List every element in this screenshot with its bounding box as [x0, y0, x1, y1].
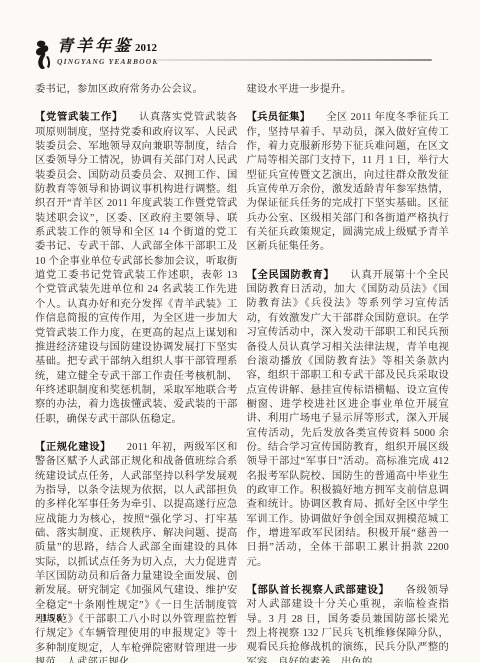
paragraph: 委书记，参加区政府常务办公会议。 — [35, 83, 238, 97]
paragraph: 【部队首长视察人武部建设】各级领导对人武部建设十分关心重视，亲临检查指导。3 月… — [247, 584, 450, 663]
logo-title-row: 青羊年鉴 2012 — [57, 39, 159, 55]
yearbook-page: 青羊年鉴 2012 QINGYANG YEARBOOK 委书记，参加区政府常务办… — [0, 0, 480, 663]
paragraph-text: 建设水平进一步提升。 — [247, 84, 352, 95]
section-heading: 【正规化建设】 — [35, 442, 111, 453]
paragraph-text: 2011 年初，两级军区和警备区赋予人武部正规化和战备值班综合系统建设试点任务，… — [35, 442, 238, 663]
logo-subtitle: QINGYANG YEARBOOK — [57, 58, 159, 66]
paragraph-text: 全区 2011 年度冬季征兵工作，坚持早着手、早动员，深入做好宣传工作，着力克服… — [247, 112, 450, 252]
section-heading: 【部队首长视察人武部建设】 — [247, 585, 390, 596]
paragraph-text: 委书记，参加区政府常务办公会议。 — [35, 84, 203, 95]
logo-year: 2012 — [135, 43, 157, 54]
yearbook-masthead: 青羊年鉴 2012 QINGYANG YEARBOOK — [33, 39, 159, 71]
page-number: ·158· — [37, 613, 69, 624]
paragraph-text: 认真开展第十个全民国防教育日活动，加大《国防动员法》《国防教育法》《兵役法》等系… — [247, 270, 450, 568]
logo-text-block: 青羊年鉴 2012 QINGYANG YEARBOOK — [57, 39, 159, 66]
header-divider — [155, 59, 432, 61]
paragraph: 建设水平进一步提升。 — [247, 83, 450, 97]
paragraph-text: 认真落实党管武装各项原则制度，坚持党委和政府议军、人民武装委员会、军地领导双向兼… — [35, 112, 238, 424]
section-heading: 【党管武装工作】 — [35, 112, 123, 123]
paragraph: 【兵员征集】全区 2011 年度冬季征兵工作，坚持早着手、早动员，深入做好宣传工… — [247, 111, 450, 254]
paragraph: 【全民国防教育】认真开展第十个全民国防教育日活动，加大《国防动员法》《国防教育法… — [247, 269, 450, 570]
logo-title: 青羊年鉴 — [57, 39, 133, 55]
paragraph: 【正规化建设】2011 年初，两级军区和警备区赋予人武部正规化和战备值班综合系统… — [35, 441, 238, 663]
page-content: 委书记，参加区政府常务办公会议。 【党管武装工作】认真落实党管武装各项原则制度，… — [35, 83, 449, 663]
section-heading: 【兵员征集】 — [247, 112, 311, 123]
brush-figure-icon — [33, 39, 53, 71]
right-column: 建设水平进一步提升。 【兵员征集】全区 2011 年度冬季征兵工作，坚持早着手、… — [247, 83, 450, 663]
left-column: 委书记，参加区政府常务办公会议。 【党管武装工作】认真落实党管武装各项原则制度，… — [35, 83, 238, 663]
paragraph: 【党管武装工作】认真落实党管武装各项原则制度，坚持党委和政府议军、人民武装委员会… — [35, 111, 238, 427]
section-heading: 【全民国防教育】 — [247, 270, 335, 281]
paragraph-text: 各级领导对人武部建设十分关心重视，亲临检查指导。3 月 28 日，国务委员兼国防… — [247, 585, 450, 663]
